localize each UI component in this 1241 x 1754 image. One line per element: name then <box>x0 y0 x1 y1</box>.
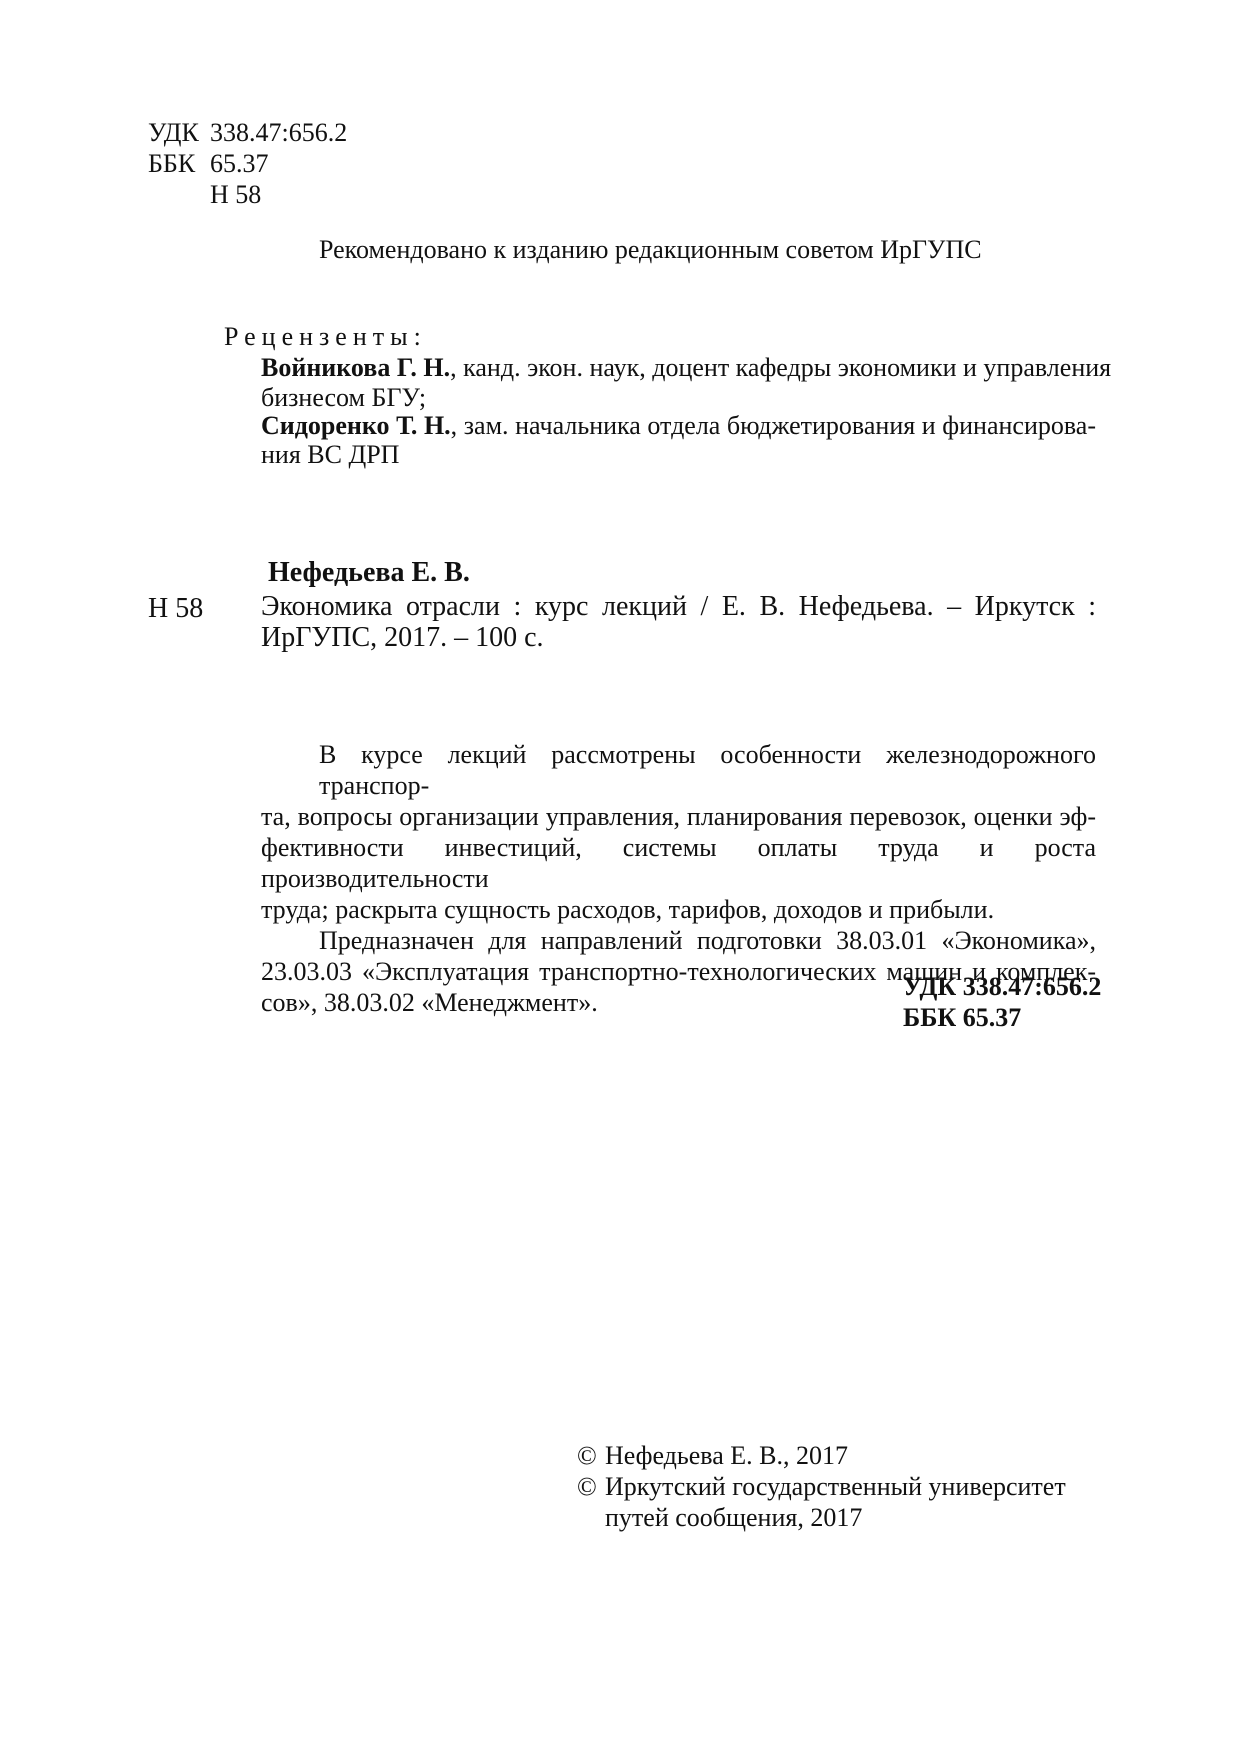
reviewer-1-name: Войникова Г. Н. <box>261 353 450 382</box>
abstract-p1-line: та, вопросы организации управления, план… <box>261 801 1096 832</box>
bbk-value: 65.37 <box>210 148 269 179</box>
reviewer-1-line1: Войникова Г. Н., канд. экон. наук, доцен… <box>261 352 1096 383</box>
copyright-block: ©Нефедьева Е. В., 2017 ©Иркутский госуда… <box>577 1440 1066 1533</box>
recommendation: Рекомендовано к изданию редакционным сов… <box>319 234 982 265</box>
udk-row: УДК 338.47:656.2 <box>148 117 347 148</box>
classification-codes: УДК 338.47:656.2 ББК 65.37 Н 58 <box>148 117 347 210</box>
copyright-icon: © <box>577 1471 605 1502</box>
abstract-p1-line: В курсе лекций рассмотрены особенности ж… <box>261 739 1096 801</box>
abstract-p2-line: Предназначен для направлений подготовки … <box>261 925 1096 956</box>
reviewer-1-line2: бизнесом БГУ; <box>261 382 426 413</box>
author-mark: Н 58 <box>210 179 261 210</box>
reviewers-heading: Рецензенты: <box>224 321 427 352</box>
bib-author: Нефедьева Е. В. <box>268 557 470 588</box>
copyright-line-1: ©Нефедьева Е. В., 2017 <box>577 1440 1066 1471</box>
footer-codes: УДК 338.47:656.2 ББК 65.37 <box>903 971 1101 1033</box>
author-mark-row: Н 58 <box>148 179 347 210</box>
reviewer-2-line1: Сидоренко Т. Н., зам. начальника отдела … <box>261 410 1096 441</box>
copyright-icon: © <box>577 1440 605 1471</box>
bib-line1: Экономика отрасли : курс лекций / Е. В. … <box>261 591 1096 622</box>
udk-value: 338.47:656.2 <box>210 117 347 148</box>
udk-label: УДК <box>148 117 210 148</box>
bbk-label: ББК <box>148 148 210 179</box>
reviewer-2-name: Сидоренко Т. Н. <box>261 411 451 440</box>
bib-mark: Н 58 <box>148 593 203 624</box>
abstract-p1-line: труда; раскрыта сущность расходов, тариф… <box>261 894 1096 925</box>
copyright-line-2: ©Иркутский государственный университет <box>577 1471 1066 1502</box>
footer-bbk: ББК 65.37 <box>903 1002 1101 1033</box>
bbk-row: ББК 65.37 <box>148 148 347 179</box>
bib-line2: ИрГУПС, 2017. – 100 с. <box>261 622 544 653</box>
reviewer-2-line2: ния ВС ДРП <box>261 439 399 470</box>
footer-udk: УДК 338.47:656.2 <box>903 971 1101 1002</box>
copyright-line-3: путей сообщения, 2017 <box>577 1502 1066 1533</box>
abstract-p1-line: фективности инвестиций, системы оплаты т… <box>261 832 1096 894</box>
